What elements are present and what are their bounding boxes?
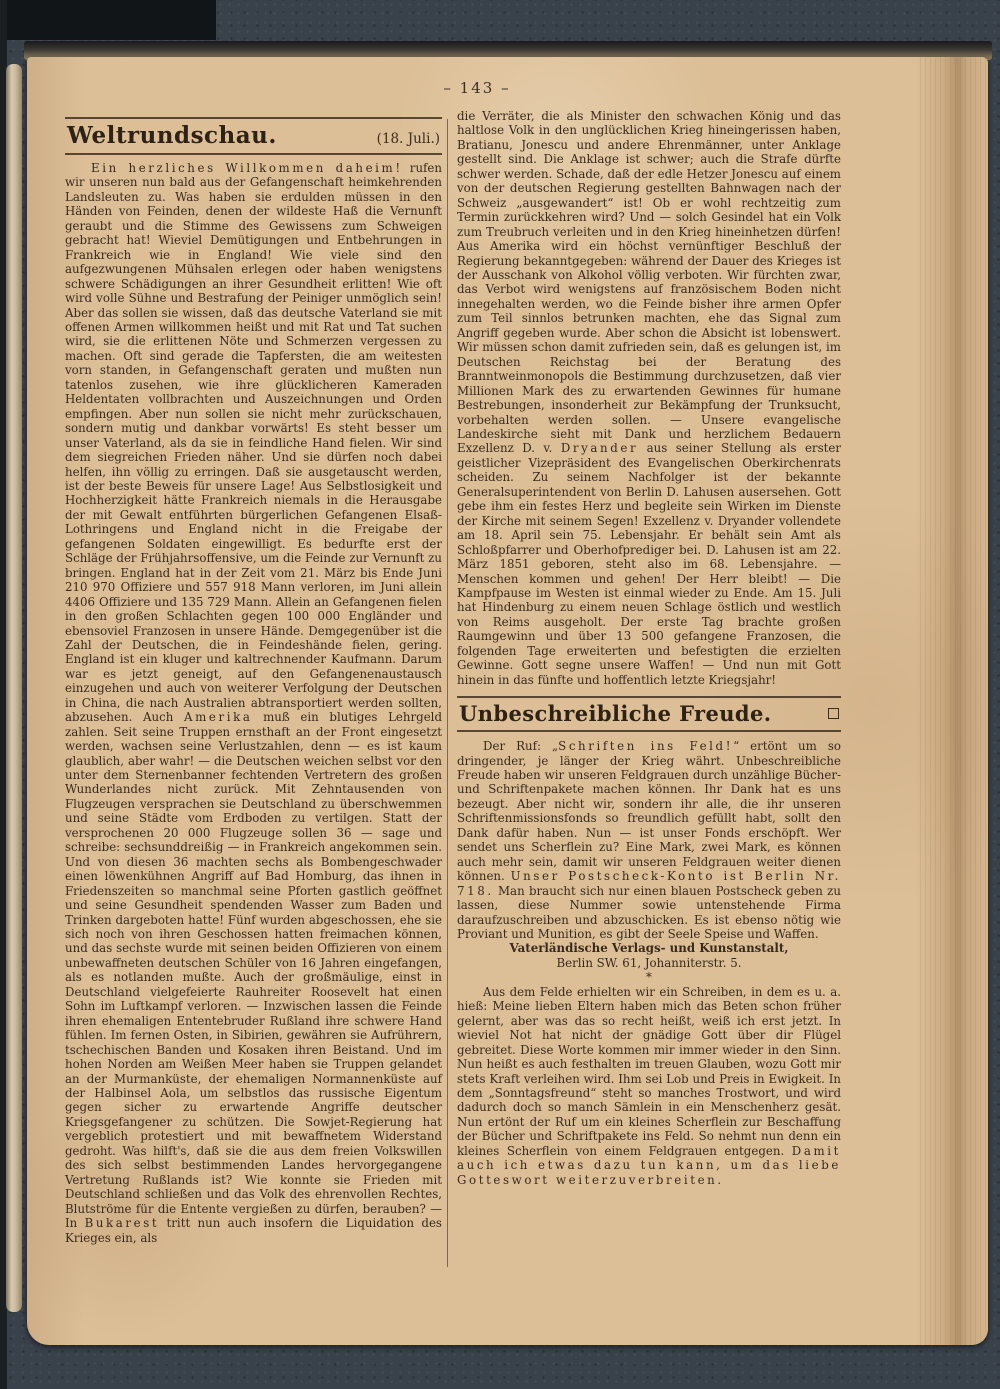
page-number: – 143 –	[377, 79, 577, 97]
text-segment: *	[646, 970, 652, 984]
text-segment: Man braucht sich nur einen blauen Postsc…	[457, 884, 841, 941]
scanned-page: – 143 – Weltrundschau. (18. Juli.) Ein h…	[27, 57, 988, 1345]
article-title-freude: Unbeschreibliche Freude.	[459, 701, 771, 726]
article-heading-row-2: Unbeschreibliche Freude.	[457, 698, 841, 730]
left-column: Weltrundschau. (18. Juli.) Ein herzliche…	[65, 107, 442, 1245]
article-freude: Unbeschreibliche Freude. Der Ruf: „Schri…	[457, 696, 841, 1187]
text-segment: Berlin SW. 61, Johanniterstr. 5.	[556, 956, 741, 970]
square-ornament-icon	[828, 708, 839, 719]
text-segment: Vaterländische Verlags- und Kunstanstalt…	[510, 941, 789, 955]
paragraph: die Verräter, die als Minister den schwa…	[457, 109, 841, 687]
paragraph: Der Ruf: „Schriften ins Feld!“ ertönt um…	[457, 739, 841, 941]
text-segment: Bukarest	[85, 1216, 160, 1230]
book-scan: { "colors": { "paper": "#dcbf97", "ink":…	[0, 0, 1000, 1389]
article-body-continuation: die Verräter, die als Minister den schwa…	[457, 109, 841, 687]
facing-pages-edge	[6, 64, 22, 1312]
text-segment: aus seiner Stellung als erster geistlich…	[457, 441, 841, 686]
heading-rule-bottom-2	[457, 730, 841, 732]
paragraph: Aus dem Felde erhielten wir ein Schreibe…	[457, 985, 841, 1187]
article-body-freude: Der Ruf: „Schriften ins Feld!“ ertönt um…	[457, 739, 841, 1187]
text-segment: Ein herzliches Willkommen daheim!	[91, 161, 403, 175]
article-date: (18. Juli.)	[377, 131, 440, 147]
right-column: die Verräter, die als Minister den schwa…	[457, 109, 841, 1187]
text-segment: Der Ruf: „	[483, 739, 558, 753]
book-cover-corner	[0, 0, 216, 40]
text-segment: “ ertönt um so dringender, je länger der…	[457, 739, 841, 883]
paragraph: Ein herzliches Willkommen daheim! rufen …	[65, 161, 442, 1245]
text-segment: muß ein blutiges Lehrgeld zahlen. Seit s…	[65, 710, 442, 1230]
text-segment: Aus dem Felde erhielten wir ein Schreibe…	[457, 985, 841, 1158]
page-stack-fore-edge	[916, 57, 988, 1345]
article-heading-row: Weltrundschau. (18. Juli.)	[65, 119, 442, 153]
paragraph: Vaterländische Verlags- und Kunstanstalt…	[457, 941, 841, 955]
paragraph: *	[457, 970, 841, 984]
paragraph: Berlin SW. 61, Johanniterstr. 5.	[457, 956, 841, 970]
text-segment: die Verräter, die als Minister den schwa…	[457, 109, 841, 455]
text-segment: Schriften ins Feld!	[558, 739, 733, 753]
text-segment: Dryander	[561, 441, 638, 455]
text-segment: rufen wir unseren nun bald aus der Gefan…	[65, 161, 442, 724]
article-body-left: Ein herzliches Willkommen daheim! rufen …	[65, 161, 442, 1245]
column-divider-rule	[447, 119, 448, 1267]
heading-rule-bottom	[65, 153, 442, 155]
article-title-weltrundschau: Weltrundschau.	[67, 122, 277, 149]
text-segment: Amerika	[184, 710, 252, 724]
